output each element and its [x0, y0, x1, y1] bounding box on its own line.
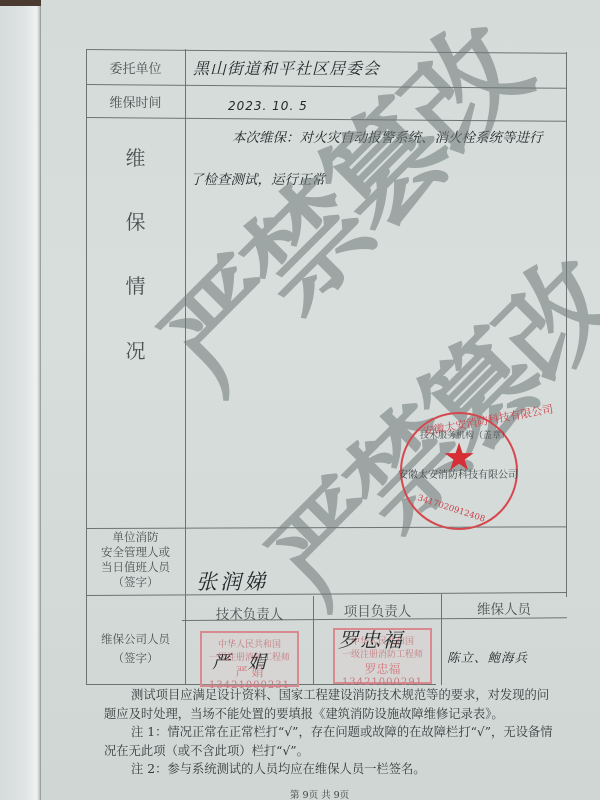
- maintenance-time-label: 维保时间: [86, 92, 185, 111]
- maintenance-status-line-1: 本次维保：对火灾自动报警系统、消火栓系统等进行: [232, 126, 543, 146]
- maintenance-staff-signature: 陈立、鲍海兵: [447, 648, 528, 666]
- note-1: 注 1：情况正常在正常栏打“√”，存在问题或故障的在故障栏打“√”，无设备情况在…: [104, 723, 554, 760]
- client-value: 黑山街道和平社区居委会: [193, 56, 380, 79]
- status-label-char-3: 情: [86, 270, 185, 299]
- unit-manager-label: 单位消防 安全管理人或 当日值班人员 （签字）: [86, 530, 185, 590]
- company-staff-label: 维保公司人员 （签字）: [86, 630, 185, 668]
- client-label: 委托单位: [86, 58, 185, 77]
- seal-serial: 3417020912408: [416, 493, 486, 524]
- notes-paragraph: 测试项目应满足设计资料、国家工程建设消防技术规范等的要求，对发现的问题应及时处理…: [104, 686, 554, 723]
- company-seal: 安徽太安消防科技有限公司 技术服务机构（盖章） ★ 安徽太安消防科技有限公司 3…: [400, 412, 518, 530]
- form-table: [0, 0, 600, 800]
- tech-lead-signature: 严 娟: [212, 648, 272, 674]
- note-2: 注 2：参与系统测试的人员均应在维保人员一栏签名。: [104, 760, 554, 779]
- notes-section: 测试项目应满足设计资料、国家工程建设消防技术规范等的要求，对发现的问题应及时处理…: [104, 686, 554, 779]
- seal-inner-middle: 安徽太安消防科技有限公司: [398, 466, 518, 481]
- maintenance-staff-header: 维保人员: [442, 598, 566, 618]
- project-lead-signature: 罗忠福: [338, 624, 404, 653]
- project-lead-header: 项目负责人: [314, 600, 441, 620]
- maintenance-status-line-2: 了检查测试，运行正常: [190, 168, 325, 188]
- unit-manager-signature: 张润娣: [196, 566, 268, 596]
- maintenance-time-value: 2023. 10. 5: [228, 99, 308, 113]
- status-label-char-2: 保: [86, 206, 185, 235]
- status-label-char-4: 况: [86, 335, 185, 364]
- tech-lead-header: 技术负责人: [186, 603, 313, 623]
- status-label-char-1: 维: [86, 142, 185, 171]
- page-indicator: 第 9页 共 9页: [290, 787, 349, 800]
